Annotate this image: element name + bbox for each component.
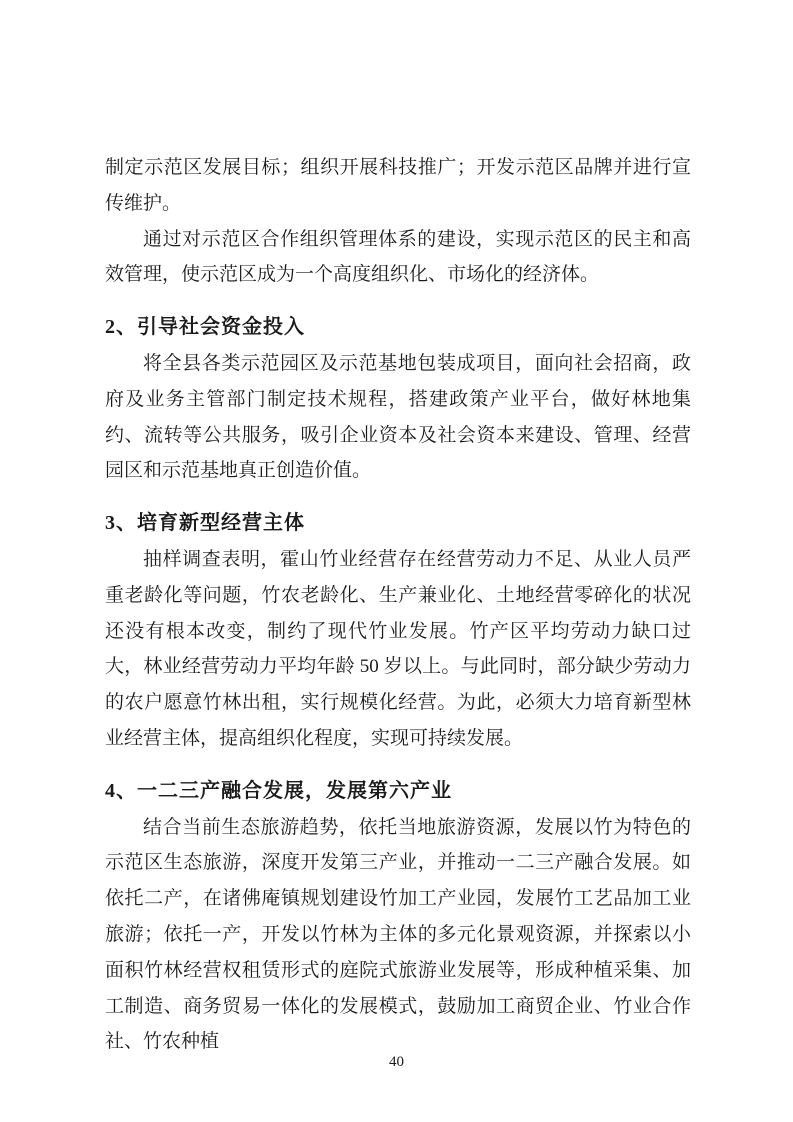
document-page: 制定示范区发展目标；组织开展科技推广；开发示范区品牌并进行宣传维护。 通过对示范… — [0, 0, 793, 1122]
section-heading-2: 2、引导社会资金投入 — [105, 310, 691, 346]
page-number: 40 — [389, 1054, 404, 1070]
paragraph: 通过对示范区合作组织管理体系的建设，实现示范区的民主和高效管理，使示范区成为一个… — [105, 222, 691, 294]
page-footer: 40 — [0, 1053, 793, 1071]
paragraph: 抽样调查表明，霍山竹业经营存在经营劳动力不足、从业人员严重老龄化等问题，竹农老龄… — [105, 542, 691, 757]
paragraph-continuation: 制定示范区发展目标；组织开展科技推广；开发示范区品牌并进行宣传维护。 — [105, 150, 691, 222]
page-content: 制定示范区发展目标；组织开展科技推广；开发示范区品牌并进行宣传维护。 通过对示范… — [105, 150, 691, 1060]
section-heading-4: 4、一二三产融合发展，发展第六产业 — [105, 774, 691, 810]
paragraph: 结合当前生态旅游趋势，依托当地旅游资源，发展以竹为特色的示范区生态旅游，深度开发… — [105, 810, 691, 1061]
paragraph: 将全县各类示范园区及示范基地包装成项目，面向社会招商，政府及业务主管部门制定技术… — [105, 346, 691, 489]
section-heading-3: 3、培育新型经营主体 — [105, 506, 691, 542]
